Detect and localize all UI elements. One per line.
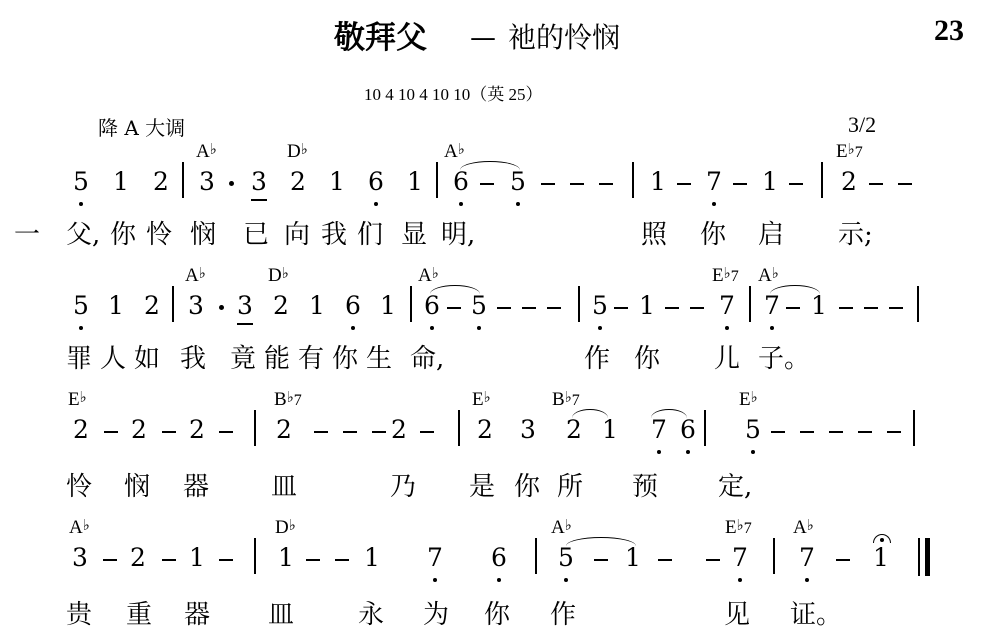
chord-symbol: E♭ (739, 390, 758, 411)
note: 2 (141, 292, 163, 320)
sustain-dash (420, 431, 434, 433)
note: 1 (599, 416, 621, 444)
note: 3 (248, 168, 270, 196)
lyric-syllable: 怜 (146, 220, 172, 250)
lyric-syllable: 儿 (714, 344, 740, 374)
sustain-dash (706, 559, 720, 561)
note: 1 (377, 292, 399, 320)
lyric-syllable: 命, (410, 344, 444, 374)
sustain-dash (594, 559, 608, 561)
note: 1 (306, 292, 328, 320)
final-barline-thin (918, 538, 920, 576)
lyric-syllable: 皿 (271, 472, 297, 502)
lyric-syllable: 显 (401, 220, 427, 250)
lyric-syllable: 已 (243, 220, 269, 250)
sustain-dash (614, 307, 628, 309)
sustain-dash (864, 307, 878, 309)
bar-line (182, 162, 184, 198)
bar-line (917, 286, 919, 322)
key-signature: 降 A 大调 (98, 112, 185, 141)
bar-line (535, 538, 537, 574)
sustain-dash (677, 183, 691, 185)
note: 1 (361, 544, 383, 572)
sustain-dash (858, 431, 872, 433)
chord-symbol: A♭ (418, 266, 439, 287)
lyric-syllable: 贵 (66, 600, 92, 630)
bar-line (254, 538, 256, 574)
sustain-dash (570, 183, 584, 185)
note: 1 (759, 168, 781, 196)
lyric-syllable: 重 (126, 600, 152, 630)
chord-symbol: E♭7 (712, 266, 739, 287)
chord-symbol: B♭7 (274, 390, 302, 411)
lyric-syllable: 器 (184, 600, 210, 630)
bar-line (410, 286, 412, 322)
sustain-dash (733, 183, 747, 185)
note: 1 (404, 168, 426, 196)
lyric-syllable: 悯 (124, 472, 150, 502)
sustain-dash (314, 431, 328, 433)
sustain-dash (771, 431, 785, 433)
note: 2 (127, 544, 149, 572)
note: 3 (517, 416, 539, 444)
sustain-dash (887, 431, 901, 433)
note: 1 (636, 292, 658, 320)
note: 1 (808, 292, 830, 320)
lyric-syllable: 人 (100, 344, 126, 374)
title-dash: — (470, 20, 496, 56)
bar-line (704, 410, 706, 446)
note: 5 (507, 168, 529, 196)
note: 2 (287, 168, 309, 196)
sustain-dash (103, 559, 117, 561)
sustain-dash (219, 431, 233, 433)
chord-symbol: E♭7 (836, 142, 863, 163)
note: 5 (742, 416, 764, 444)
slur-tie (430, 285, 480, 294)
lyric-syllable: 悯 (190, 220, 216, 250)
note: 3 (185, 292, 207, 320)
sustain-dash (786, 307, 800, 309)
sustain-dash (541, 183, 555, 185)
slur-tie (770, 285, 820, 294)
note: 2 (128, 416, 150, 444)
chord-symbol: D♭ (268, 266, 289, 287)
chord-symbol: A♭ (196, 142, 217, 163)
bar-line (254, 410, 256, 446)
sustain-dash (522, 307, 536, 309)
note: 6 (677, 416, 699, 444)
lyric-syllable: 启 (758, 220, 784, 250)
bar-line (172, 286, 174, 322)
note: 2 (150, 168, 172, 196)
sustain-dash (839, 307, 853, 309)
sustain-dash (869, 183, 883, 185)
sustain-dash (306, 559, 320, 561)
slur-tie (572, 409, 608, 418)
chord-symbol: E♭7 (725, 518, 752, 539)
lyric-syllable: 永 (358, 600, 384, 630)
bar-line (773, 538, 775, 574)
slur-tie (566, 537, 636, 546)
chord-symbol: A♭ (444, 142, 465, 163)
sustain-dash (343, 431, 357, 433)
lyric-syllable: 子。 (758, 344, 810, 374)
lyric-syllable: 乃 (390, 472, 416, 502)
bar-line (578, 286, 580, 322)
note: 5 (70, 292, 92, 320)
note: 1 (186, 544, 208, 572)
note: 2 (270, 292, 292, 320)
slur-tie (651, 409, 687, 418)
note: 2 (186, 416, 208, 444)
note: 1 (105, 292, 127, 320)
sustain-dash (547, 307, 561, 309)
sustain-dash (104, 431, 118, 433)
note: 5 (468, 292, 490, 320)
hymn-number: 23 (934, 14, 964, 48)
note: 2 (70, 416, 92, 444)
note: 1 (326, 168, 348, 196)
note: 2 (563, 416, 585, 444)
bar-line (632, 162, 634, 198)
lyric-syllable: 定, (718, 472, 752, 502)
sustain-dash (836, 559, 850, 561)
note: 1 (622, 544, 644, 572)
lyric-syllable: 预 (632, 472, 658, 502)
lyric-syllable: 示; (838, 220, 873, 250)
lyric-syllable: 我 (180, 344, 206, 374)
note: 7 (424, 544, 446, 572)
note: 1 (647, 168, 669, 196)
lyric-syllable: 向 (284, 220, 310, 250)
lyric-syllable: 皿 (268, 600, 294, 630)
lyric-syllable: 作 (584, 344, 610, 374)
lyric-syllable: 竟 (230, 344, 256, 374)
lyric-syllable: 照 (641, 220, 667, 250)
final-barline-thick (925, 538, 930, 576)
time-signature: 3/2 (848, 112, 876, 138)
bar-line (436, 162, 438, 198)
title-main: 敬拜父 (334, 20, 427, 56)
lyric-syllable: 罪 (66, 344, 92, 374)
note: 6 (450, 168, 472, 196)
lyric-syllable: 一 (14, 220, 40, 250)
lyric-syllable: 为 (423, 600, 449, 630)
chord-symbol: E♭ (472, 390, 491, 411)
sustain-dash (665, 307, 679, 309)
chord-symbol: A♭ (793, 518, 814, 539)
lyric-syllable: 生 (366, 344, 392, 374)
note: 3 (196, 168, 218, 196)
lyric-syllable: 作 (550, 600, 576, 630)
lyric-syllable: 有 (298, 344, 324, 374)
sustain-dash (497, 307, 511, 309)
lyric-syllable: 明, (441, 220, 475, 250)
lyric-syllable: 你 (514, 472, 540, 502)
sustain-dash (372, 431, 386, 433)
note: 6 (342, 292, 364, 320)
note: 5 (555, 544, 577, 572)
lyric-syllable: 你 (484, 600, 510, 630)
chord-symbol: A♭ (185, 266, 206, 287)
lyric-syllable: 证。 (790, 600, 842, 630)
lyric-syllable: 见 (724, 600, 750, 630)
note: 2 (388, 416, 410, 444)
bar-line (749, 286, 751, 322)
lyric-syllable: 如 (134, 344, 160, 374)
note: 6 (365, 168, 387, 196)
note: 3 (234, 292, 256, 320)
lyric-syllable: 所 (557, 472, 583, 502)
note: 1 (275, 544, 297, 572)
note: 7 (729, 544, 751, 572)
augmentation-dot (219, 305, 224, 310)
note: 7 (703, 168, 725, 196)
lyric-syllable: 我 (321, 220, 347, 250)
chord-symbol: A♭ (758, 266, 779, 287)
note: 5 (589, 292, 611, 320)
note: 5 (70, 168, 92, 196)
sustain-dash (599, 183, 613, 185)
note: 7 (761, 292, 783, 320)
lyric-syllable: 你 (332, 344, 358, 374)
sustain-dash (162, 431, 176, 433)
sustain-dash (829, 431, 843, 433)
sustain-dash (658, 559, 672, 561)
note: 7 (796, 544, 818, 572)
sustain-dash (800, 431, 814, 433)
sustain-dash (162, 559, 176, 561)
sustain-dash (480, 183, 494, 185)
note: 2 (838, 168, 860, 196)
note: 7 (648, 416, 670, 444)
chord-symbol: D♭ (287, 142, 308, 163)
lyric-syllable: 你 (110, 220, 136, 250)
fermata-icon (873, 534, 891, 543)
lyric-syllable: 器 (183, 472, 209, 502)
sustain-dash (447, 307, 461, 309)
lyric-syllable: 能 (264, 344, 290, 374)
lyric-syllable: 你 (700, 220, 726, 250)
bar-line (458, 410, 460, 446)
note: 2 (273, 416, 295, 444)
note: 3 (69, 544, 91, 572)
sustain-dash (690, 307, 704, 309)
augmentation-dot (229, 181, 234, 186)
lyric-syllable: 父, (66, 220, 100, 250)
note: 7 (716, 292, 738, 320)
note: 1 (870, 544, 892, 572)
lyric-syllable: 怜 (66, 472, 92, 502)
chord-symbol: B♭7 (552, 390, 580, 411)
bar-line (913, 410, 915, 446)
note: 6 (421, 292, 443, 320)
chord-symbol: A♭ (69, 518, 90, 539)
sustain-dash (898, 183, 912, 185)
note: 6 (488, 544, 510, 572)
chord-symbol: D♭ (275, 518, 296, 539)
meter-line: 10 4 10 4 10 10（英 25） (364, 80, 543, 105)
sustain-dash (889, 307, 903, 309)
sustain-dash (789, 183, 803, 185)
note: 2 (474, 416, 496, 444)
chord-symbol: E♭ (68, 390, 87, 411)
note: 1 (110, 168, 132, 196)
chord-symbol: A♭ (551, 518, 572, 539)
sustain-dash (335, 559, 349, 561)
slur-tie (460, 161, 520, 170)
title-subtitle: 祂的怜悯 (508, 20, 620, 56)
sustain-dash (219, 559, 233, 561)
lyric-syllable: 是 (469, 472, 495, 502)
bar-line (821, 162, 823, 198)
lyric-syllable: 你 (634, 344, 660, 374)
lyric-syllable: 们 (357, 220, 383, 250)
